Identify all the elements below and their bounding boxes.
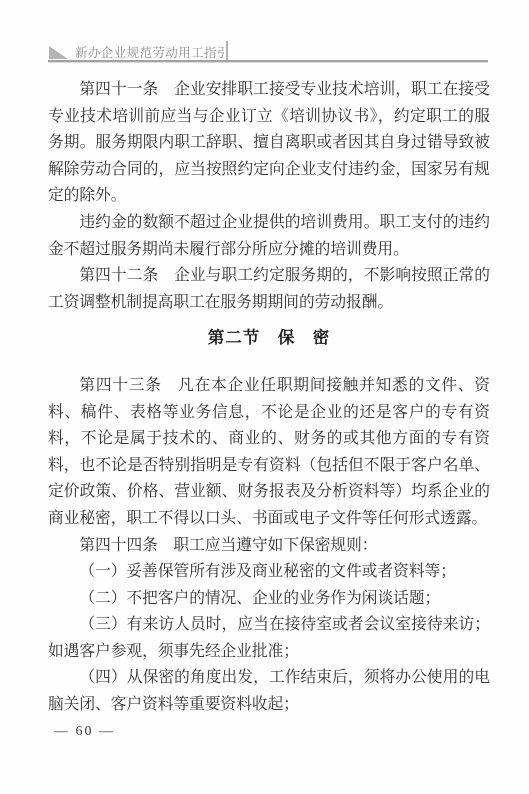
list-item-rule-1: （一）妥善保管所有涉及商业秘密的文件或者资料等； bbox=[48, 559, 490, 586]
paragraph-article-44: 第四十四条 职工应当遵守如下保密规则： bbox=[48, 533, 490, 560]
header-rule bbox=[48, 60, 488, 63]
paragraph-article-42: 第四十二条 企业与职工约定服务期的，不影响按照正常的工资调整机制提高职工在服务期… bbox=[48, 263, 490, 316]
list-item-rule-3: （三）有来访人员时，应当在接待室或者会议室接待来访；如遇客户参观，须事先经企业批… bbox=[48, 612, 490, 665]
page-number: — 60 — bbox=[54, 724, 115, 740]
section-heading: 第二节 保 密 bbox=[48, 325, 490, 352]
page-body: 第四十一条 企业安排职工接受专业技术培训，职工在接受专业技术培训前应当与企业订立… bbox=[48, 77, 490, 719]
paragraph-article-43: 第四十三条 凡在本企业任职期间接触并知悉的文件、资料、稿件、表格等业务信息，不论… bbox=[48, 373, 490, 533]
paragraph-article-41: 第四十一条 企业安排职工接受专业技术培训，职工在接受专业技术培训前应当与企业订立… bbox=[48, 77, 490, 210]
running-head-title: 新办企业规范劳动用工指引 bbox=[75, 43, 230, 61]
header-divider-bar bbox=[226, 41, 228, 61]
list-item-rule-2: （二）不把客户的情况、企业的业务作为闲谈话题； bbox=[48, 586, 490, 613]
paragraph-penalty-amount: 违约金的数额不超过企业提供的培训费用。职工支付的违约金不超过服务期尚未履行部分所… bbox=[48, 210, 490, 263]
document-page: 新办企业规范劳动用工指引 第四十一条 企业安排职工接受专业技术培训，职工在接受专… bbox=[0, 0, 529, 794]
running-header: 新办企业规范劳动用工指引 bbox=[48, 40, 488, 64]
list-item-rule-4: （四）从保密的角度出发，工作结束后，须将办公使用的电脑关闭、客户资料等重要资料收… bbox=[48, 665, 490, 718]
triangle-icon bbox=[49, 46, 68, 59]
